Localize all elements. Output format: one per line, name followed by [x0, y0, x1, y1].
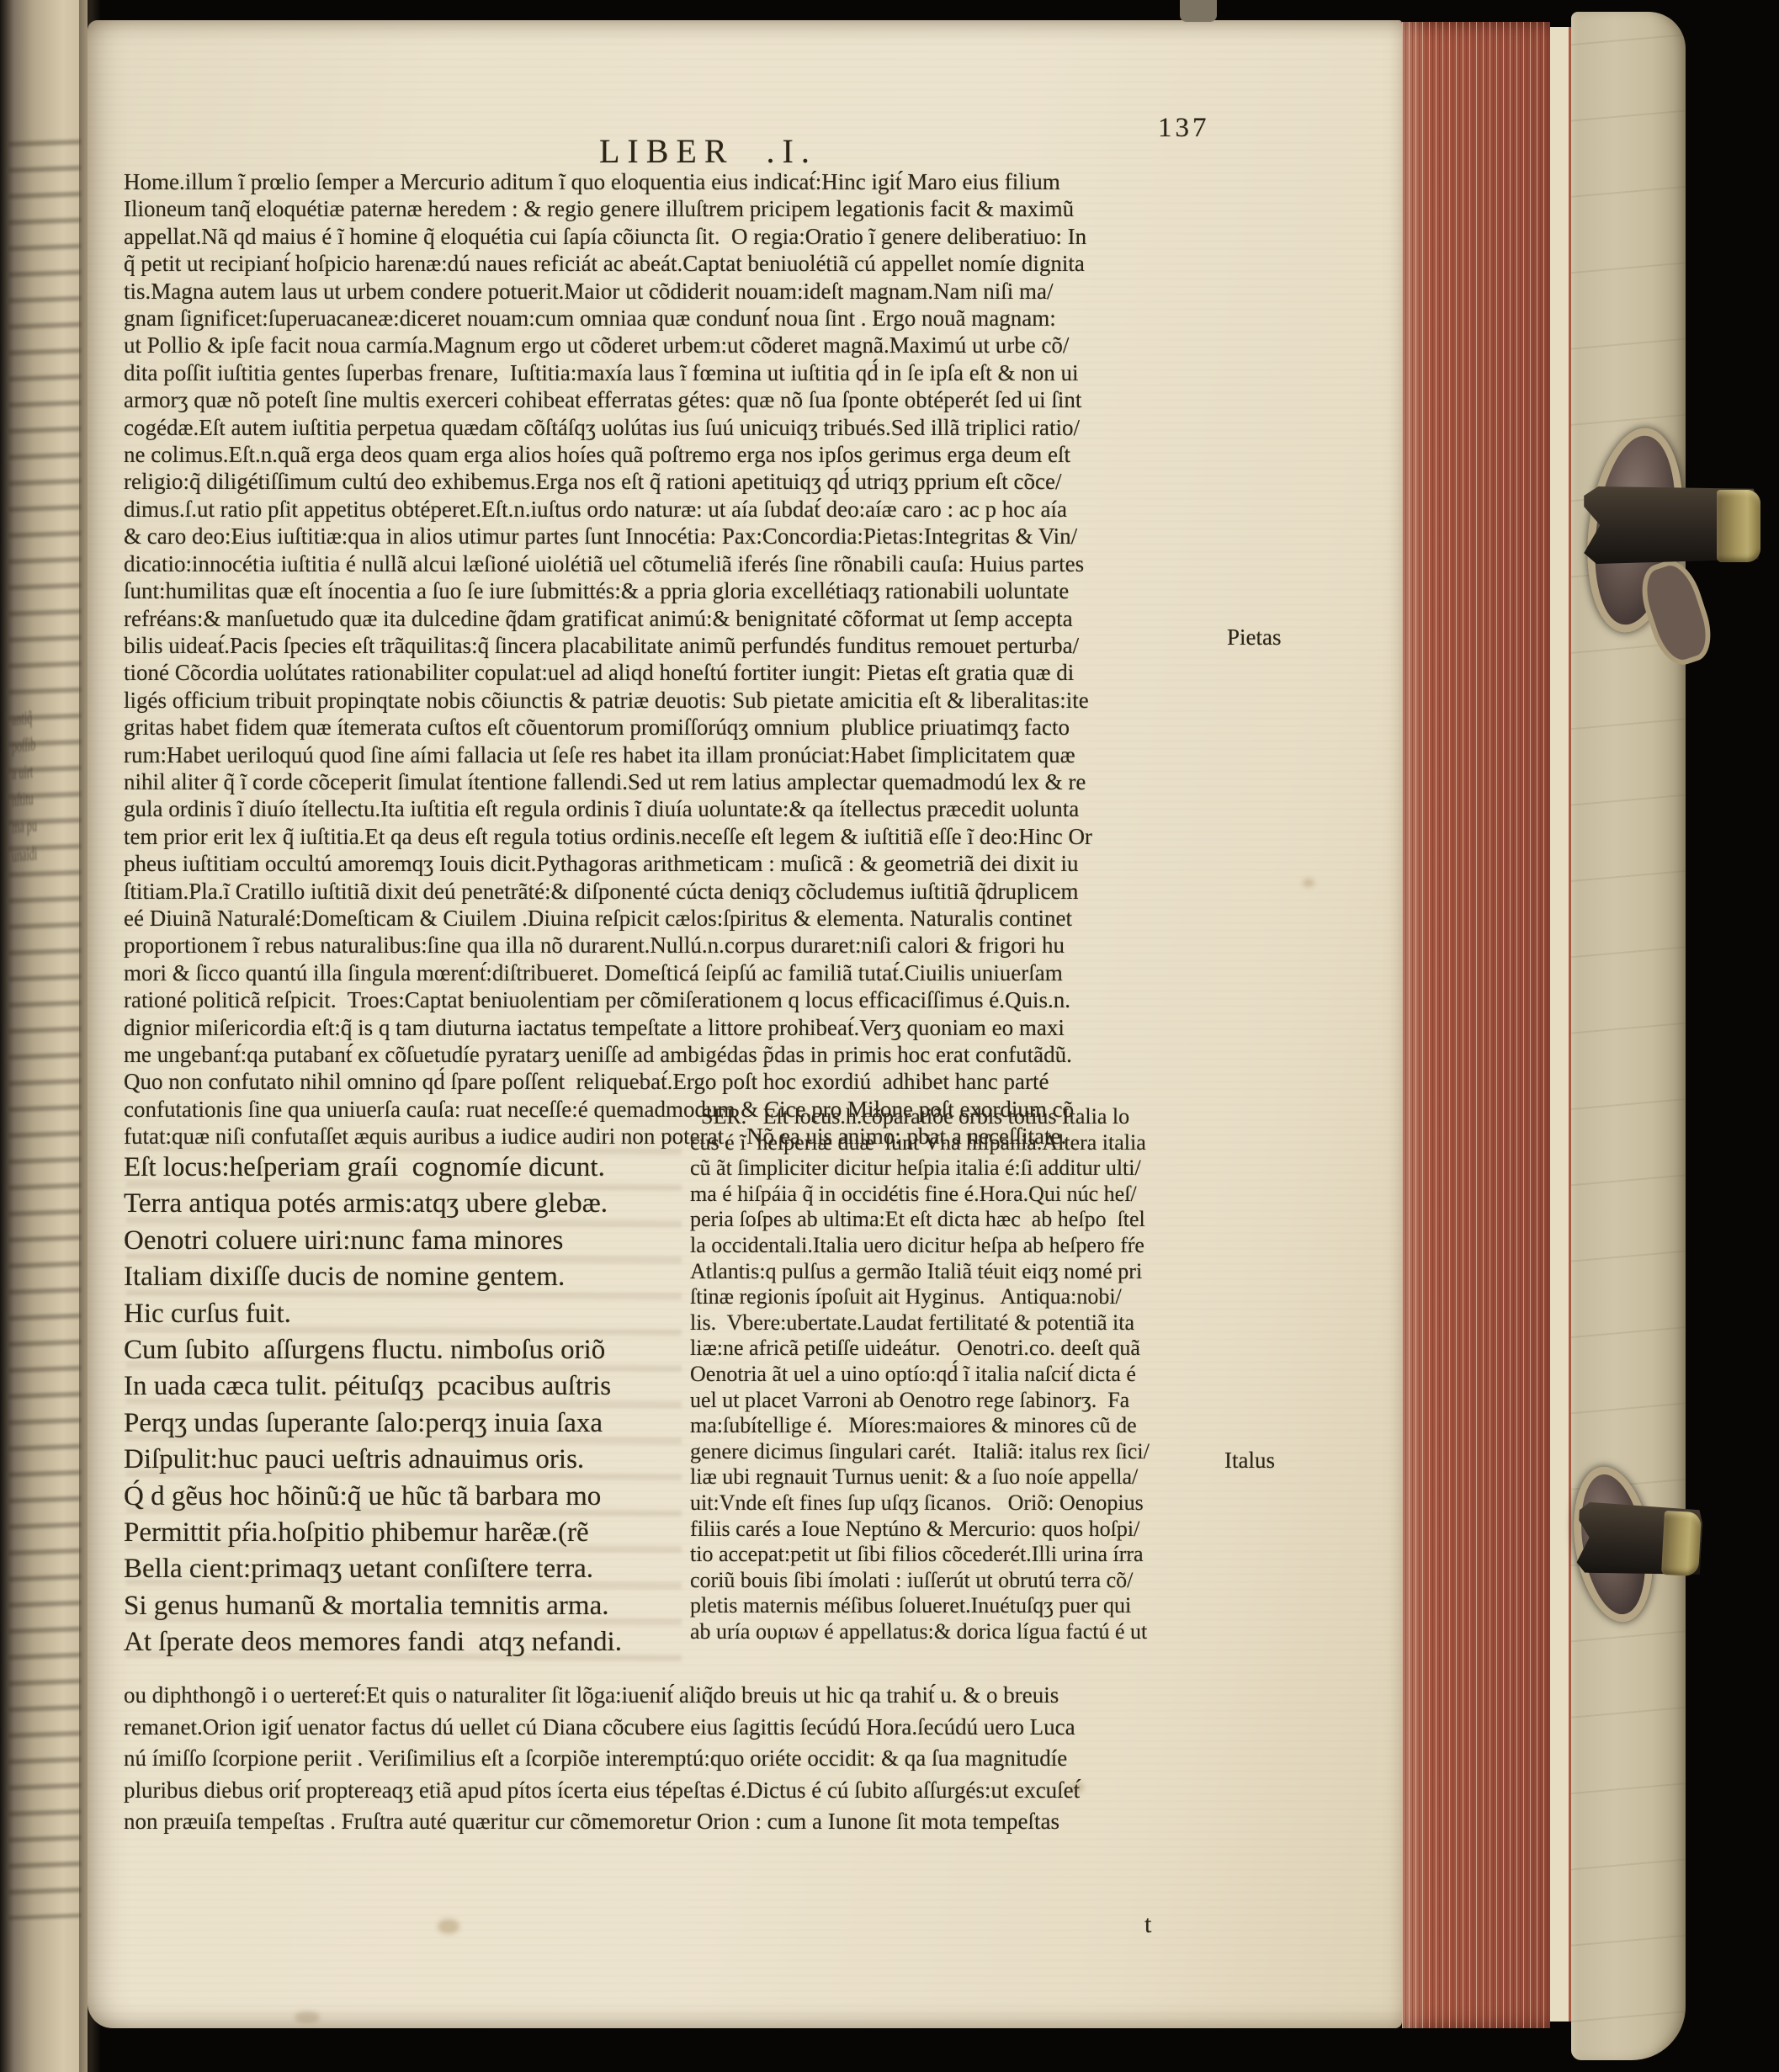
text-line: ou diphthongõ i o uerteret́:Et quis o na… [124, 1680, 1209, 1712]
facing-page-text-fragment: a uirt [12, 758, 54, 784]
verse-line: Permittit pŕia.hoſpitio phibemur harẽæ.(… [124, 1515, 686, 1551]
text-line: me ungebant́:qa putabant́ ex cõſuetudíe … [124, 1041, 1209, 1068]
red-fore-edge [1402, 22, 1550, 2028]
verse-line: Italiam dixiſſe ducis de nomine gentem. [124, 1259, 686, 1295]
clasp-top-brass-fitting [1717, 490, 1760, 562]
verse-line: In uada cæca tulit. péituſqʒ pcacibus au… [124, 1368, 686, 1405]
verse-line: Si genus humanũ & mortalia temnitis arma… [124, 1588, 686, 1624]
facing-page-text-fragment: nſtitu [12, 785, 54, 811]
text-line: ſtinæ regionis ípoſuit ait Hyginus. Anti… [690, 1284, 1208, 1310]
paper-stain [438, 1919, 459, 1934]
text-line: peria ſoſpes ab ultima:Et eſt dicta hæc … [690, 1207, 1208, 1233]
text-line: uel ut placet Varroni ab Oenotro rege ſa… [690, 1388, 1208, 1414]
margin-note-pietas: Pietas [1227, 624, 1282, 651]
text-line: armorʒ quæ nõ poteſt ſine multis exercer… [124, 386, 1209, 413]
text-line: cus é ĩ heſperiæ duæ ſunt Vna hiſpania.A… [690, 1130, 1208, 1156]
verse-line: Cum ſubito aſſurgens fluctu. nimboſus or… [124, 1332, 686, 1368]
text-line: gula ordinis ĩ diuío ítellectu.Ita iuſti… [124, 795, 1209, 822]
text-line: Quo non confutato nihil omnino qd́ ſpare… [124, 1068, 1209, 1095]
text-line: ma:ſubítellige é. Míores:maiores & minor… [690, 1413, 1208, 1439]
text-line: proportionem ĩ rebus naturalibus:ſine qu… [124, 932, 1209, 959]
verse-line: Perqʒ undas ſuperante ſalo:perqʒ inuia ſ… [124, 1405, 686, 1442]
commentary-top-block: Home.illum ĩ prœlio ſemper a Mercurio ad… [124, 168, 1209, 1150]
text-line: dignior miſericordia eſt:q̃ is q tam diu… [124, 1014, 1209, 1041]
facing-page-blurred-text-lines [8, 125, 81, 1920]
text-line: tio accepat:petit ut ſibi filios cõceder… [690, 1542, 1208, 1568]
text-line: lis. Vbere:ubertate.Laudat fertilitaté &… [690, 1310, 1208, 1336]
text-line: dicatio:innocétia iuſtitia é nullã alcui… [124, 550, 1209, 577]
signature-mark: t [1144, 1910, 1151, 1939]
text-line: bilis uideat́.Pacis ſpecies eſt trãquili… [124, 632, 1209, 659]
margin-note-italus: Italus [1224, 1448, 1275, 1474]
facing-page-text-fragment: unaidi [12, 841, 54, 867]
fore-edge-striations [1402, 22, 1550, 2028]
text-line: ut Pollio & ipſe facit noua carmía.Magnu… [124, 332, 1209, 359]
text-line: cũ ãt ſimpliciter dicitur heſpia italia … [690, 1156, 1208, 1182]
page-number: 137 [1158, 113, 1210, 144]
commentary-column-block: SER. Eſt locus.h.cõparatiõe orbis totius… [690, 1104, 1208, 1644]
text-line: Ilioneum tanq̃ eloquétiæ paternæ heredem… [124, 195, 1209, 222]
text-line: rum:Habet ueriloquú quod ſine aími falla… [124, 741, 1209, 768]
verse-line: Oenotri coluere uiri:nunc fama minores [124, 1223, 686, 1259]
text-line: remanet.Orion igit́ uenator factus dú ue… [124, 1712, 1209, 1744]
text-line: Atlantis:q pulſus a germão Italiã téuit … [690, 1259, 1208, 1285]
text-line: dimus.ſ.ut ratio pſit appetitus obtépere… [124, 496, 1209, 523]
text-line: tioné Cõcordia uolútates rationabiliter … [124, 659, 1209, 686]
text-line: ſtitiam.Pla.ĩ Cratillo iuſtitiã dixit de… [124, 878, 1209, 905]
text-line: filiis carés a Ioue Neptúno & Mercurio: … [690, 1517, 1208, 1543]
text-line: coriũ bouis ſibi ímolati : iuſſerút ut o… [690, 1568, 1208, 1594]
verse-quotation-block: Eſt locus:heſperiam graíi cognomíe dicun… [124, 1150, 686, 1661]
text-line: genere dicimus ſingulari carét. Italiã: … [690, 1439, 1208, 1465]
text-line: non præuiſa tempeſtas . Fruſtra auté quæ… [124, 1806, 1209, 1838]
text-line: eé Diuinã Naturalé:Domeſticam & Ciuilem … [124, 905, 1209, 932]
text-line: dita poſſit iuſtitia gentes ſuperbas fre… [124, 359, 1209, 386]
page-edge-strip [1550, 27, 1571, 2022]
text-line: ſunt:humilitas quæ eſt ínocentia a ſuo ſ… [124, 577, 1209, 604]
text-line: uit:Vnde eſt fines ſup uſqʒ ſicanos. Ori… [690, 1490, 1208, 1517]
verse-line: Bella cient:primaqʒ uetant conſiſtere te… [124, 1551, 686, 1587]
text-line: nihil aliter q̃ ĩ corde cõceperit ſimula… [124, 768, 1209, 795]
running-title: LIBER .I. [599, 131, 817, 171]
text-line: gnam ſignificet:ſuperuacaneæ:diceret nou… [124, 305, 1209, 332]
parchment-binding [1571, 12, 1686, 2060]
verse-line: Eſt locus:heſperiam graíi cognomíe dicun… [124, 1150, 686, 1186]
text-line: ligés officium tribuit propinqtate nobis… [124, 687, 1209, 714]
photograph-of-incunabulum-page: antiq̃poſſiba uirtnſtituma puunaidi LIBE… [0, 0, 1779, 2072]
binding-creases [1571, 12, 1686, 2060]
text-line: la occidentali.Italia uero dicitur heſpa… [690, 1233, 1208, 1259]
text-line: pluribus diebus orit́ proptereaqʒ etiã a… [124, 1775, 1209, 1807]
text-line: cogédæ.Eſt autem iuſtitia perpetua quæda… [124, 414, 1209, 441]
verse-line: At ſperate deos memores fandi atqʒ nefan… [124, 1624, 686, 1660]
facing-page-edge: antiq̃poſſiba uirtnſtituma puunaidi [0, 0, 88, 2072]
paper-stain [1303, 879, 1314, 887]
text-line: nú ímiſſo ſcorpione periit . Veriſimiliu… [124, 1743, 1209, 1775]
text-line: refréans:& manſuetudo quæ ita dulcedine … [124, 605, 1209, 632]
facing-page-text-fragment: ma pu [12, 812, 54, 838]
text-line: gritas habet fidem quæ ítemerata cuſtos … [124, 714, 1209, 741]
verse-line: Terra antiqua potés armis:atqʒ ubere gle… [124, 1186, 686, 1222]
text-line: SER. Eſt locus.h.cõparatiõe orbis totius… [690, 1104, 1208, 1130]
text-line: mori & ſicco quantú illa ſingula mœrent́… [124, 959, 1209, 986]
text-line: liæ:ne africã petiſſe uideátur. Oenotri.… [690, 1336, 1208, 1362]
clasp-bottom-brass-fitting [1661, 1511, 1702, 1576]
text-line: tem prior erit lex q̃ iuſtitia.Et qa deu… [124, 823, 1209, 850]
text-line: ab uría ουριων é appellatus:& dorica líg… [690, 1619, 1208, 1645]
text-line: pletis maternis méſibus ſolueret.Inuétuſ… [690, 1593, 1208, 1619]
paper-stain [295, 2011, 320, 2023]
text-line: ma é hiſpáia q̃ in occidétis fine é.Hora… [690, 1182, 1208, 1208]
text-line: appellat.Nã qd maius é ĩ homine q̃ eloqu… [124, 223, 1209, 250]
top-edge-tab [1180, 0, 1217, 22]
text-line: ne colimus.Eſt.n.quã erga deos quam erga… [124, 441, 1209, 468]
text-line: Oenotria ãt uel a uino optío:qd́ ĩ itali… [690, 1362, 1208, 1388]
text-line: liæ ubi regnauit Turnus uenit: & a ſuo n… [690, 1464, 1208, 1490]
text-line: religio:q̃ diligétiſſimum cultú deo exhi… [124, 468, 1209, 495]
text-line: pheus iuſtitiam occultú amoremqʒ Iouis d… [124, 850, 1209, 877]
text-line: q̃ petit ut recipiant́ hoſpicio harenæ:d… [124, 250, 1209, 277]
text-line: & caro deo:Eius iuſtitiæ:qua in alios ut… [124, 523, 1209, 550]
verse-line: Hic curſus fuit. [124, 1296, 686, 1332]
text-line: rationé politicã reſpicit. Troes:Captat … [124, 986, 1209, 1013]
verse-line: Q́ d gẽus hoc hõinũ:q̃ ue hũc tã barbara… [124, 1479, 686, 1515]
facing-page-text-fragment: poſſib [12, 731, 54, 757]
text-line: Home.illum ĩ prœlio ſemper a Mercurio ad… [124, 168, 1209, 195]
commentary-bottom-block: ou diphthongõ i o uerteret́:Et quis o na… [124, 1680, 1209, 1838]
facing-page-text-fragment: antiq̃ [12, 704, 54, 731]
text-line: tis.Magna autem laus ut urbem condere po… [124, 278, 1209, 305]
verse-line: Diſpulit:huc pauci ueſtris adnauimus ori… [124, 1442, 686, 1478]
